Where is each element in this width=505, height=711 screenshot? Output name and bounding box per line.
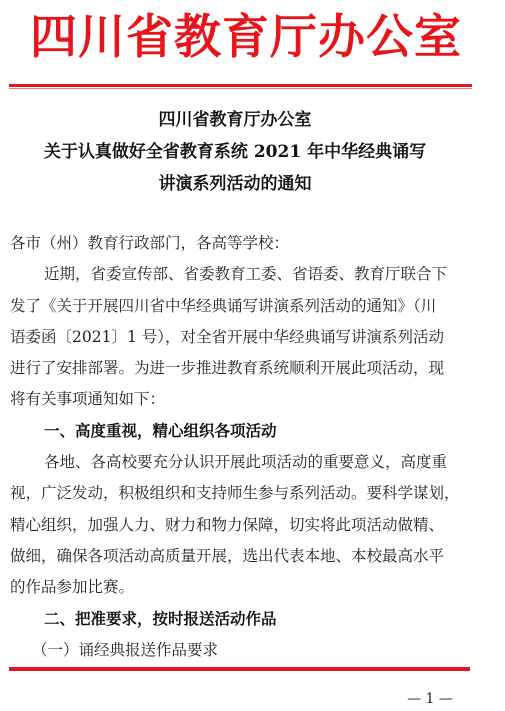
- notice-body: 各市（州）教育行政部门，各高等学校： 近期，省委宣传部、省委教育工委、省语委、教…: [10, 228, 472, 666]
- body-line: 将有关事项通知如下：: [10, 384, 472, 415]
- notice-title: 四川省教育厅办公室 关于认真做好全省教育系统 2021 年中华经典诵写 讲演系列…: [0, 104, 470, 200]
- body-line: 各地、各高校要充分认识开展此项活动的重要意义，高度重: [10, 447, 472, 478]
- body-line: 视，广泛发动，积极组织和支持师生参与系列活动。要科学谋划，: [10, 478, 472, 509]
- body-line: 的作品参加比赛。: [10, 572, 472, 603]
- page-number: — 1 —: [400, 691, 460, 707]
- salutation: 各市（州）教育行政部门，各高等学校：: [10, 228, 472, 259]
- notice-title-issuer: 四川省教育厅办公室: [0, 104, 470, 136]
- body-line: 发了《关于开展四川省中华经典诵写讲演系列活动的通知》（川: [10, 291, 472, 322]
- masthead-red-rule: [9, 84, 472, 87]
- body-line: 精心组织，加强人力、财力和物力保障，切实将此项活动做精、: [10, 510, 472, 541]
- body-line: 语委函〔2021〕1 号），对全省开展中华经典诵写讲演系列活动: [10, 322, 472, 353]
- body-line: 进行了安排部署。为进一步推进教育系统顺利开展此项活动，现: [10, 353, 472, 384]
- notice-title-line-3: 讲演系列活动的通知: [0, 168, 470, 200]
- section-heading-2: 二、把准要求，按时报送活动作品: [10, 604, 472, 635]
- footer-red-rule: [9, 667, 470, 671]
- subsection-heading: （一）诵经典报送作品要求: [10, 635, 472, 666]
- body-line: 做细，确保各项活动高质量开展，选出代表本地、本校最高水平: [10, 541, 472, 572]
- masthead-title: 四川省教育厅办公室: [30, 8, 460, 68]
- section-heading-1: 一、高度重视，精心组织各项活动: [10, 416, 472, 447]
- notice-title-line-2: 关于认真做好全省教育系统 2021 年中华经典诵写: [0, 136, 470, 168]
- body-line: 近期，省委宣传部、省委教育工委、省语委、教育厅联合下: [10, 259, 472, 290]
